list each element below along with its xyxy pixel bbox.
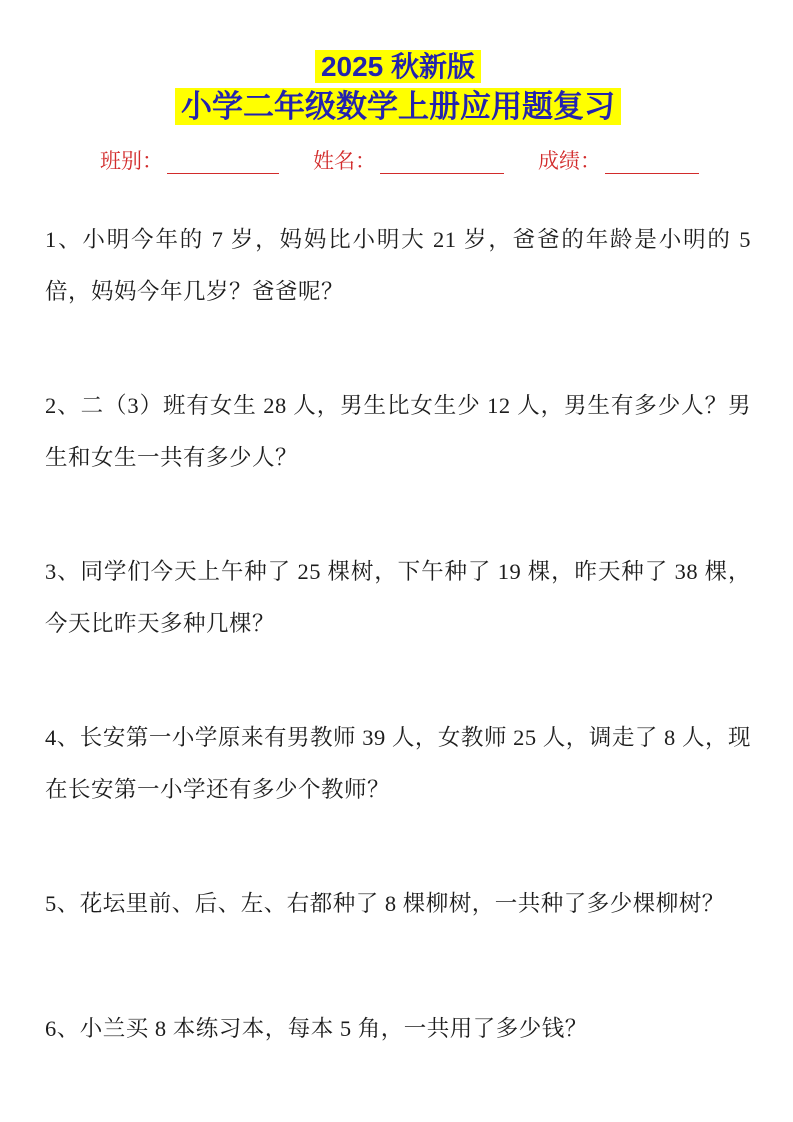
name-field-label: 姓名： [313,148,376,174]
document-title-line1: 2025 秋新版 [45,48,751,86]
score-field-blank [605,151,699,174]
name-field: 姓名： [313,148,504,174]
problem-item-2: 2、二（3）班有女生 28 人，男生比女生少 12 人，男生有多少人？男生和女生… [45,380,751,484]
document-header: 2025 秋新版 小学二年级数学上册应用题复习 [45,48,751,128]
student-info-row: 班别： 姓名： 成绩： [100,146,751,174]
worksheet-page: 2025 秋新版 小学二年级数学上册应用题复习 班别： 姓名： 成绩： 1、小明… [0,0,793,1122]
problem-list: 1、小明今年的 7 岁，妈妈比小明大 21 岁，爸爸的年龄是小明的 5 倍，妈妈… [45,214,751,1055]
problem-item-5: 5、花坛里前、后、左、右都种了 8 棵柳树，一共种了多少棵柳树？ [45,878,751,930]
document-title-line2: 小学二年级数学上册应用题复习 [45,86,751,128]
score-field: 成绩： [538,148,699,174]
name-field-blank [380,151,504,174]
title-highlight: 2025 秋新版 [315,50,481,83]
problem-item-1: 1、小明今年的 7 岁，妈妈比小明大 21 岁，爸爸的年龄是小明的 5 倍，妈妈… [45,214,751,318]
problem-item-3: 3、同学们今天上午种了 25 棵树，下午种了 19 棵，昨天种了 38 棵，今天… [45,546,751,650]
class-field-blank [167,151,279,174]
score-field-label: 成绩： [538,148,601,174]
problem-item-4: 4、长安第一小学原来有男教师 39 人，女教师 25 人，调走了 8 人，现在长… [45,712,751,816]
class-field-label: 班别： [100,148,163,174]
problem-item-6: 6、小兰买 8 本练习本，每本 5 角，一共用了多少钱？ [45,1003,751,1055]
subtitle-highlight: 小学二年级数学上册应用题复习 [175,88,621,125]
class-field: 班别： [100,148,279,174]
